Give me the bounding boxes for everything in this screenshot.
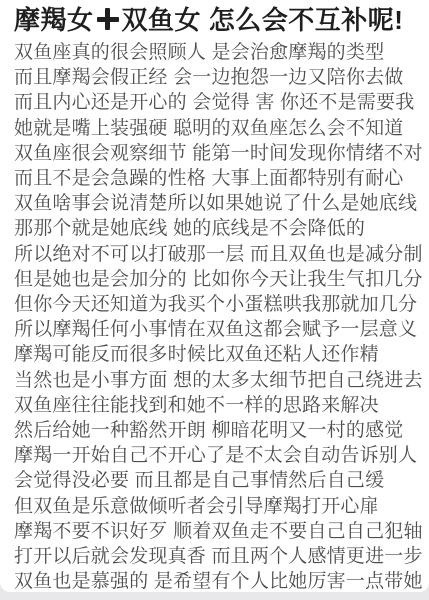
- body-line: 双鱼也是慕强的 是希望有个人比她厉害一点带她: [14, 569, 417, 592]
- body-line: 那那个就是她底线 她的底线是不会降低的: [14, 216, 417, 241]
- post-title-part2: 双鱼女 怎么会不互补呢!: [122, 5, 404, 35]
- post-body: 双鱼座真的很会照顾人 是会治愈摩羯的类型而且摩羯会假正经 会一边抱怨一边又陪你去…: [14, 40, 417, 592]
- post-card: 摩羯女双鱼女 怎么会不互补呢! 双鱼座真的很会照顾人 是会治愈摩羯的类型而且摩羯…: [0, 0, 429, 592]
- plus-icon: [96, 7, 120, 31]
- body-line: 而且内心还是开心的 会觉得 害 你还不是需要我: [14, 90, 417, 115]
- body-line: 然后给她一种豁然开朗 柳暗花明又一村的感觉: [14, 418, 417, 443]
- body-line: 所以摩羯任何小事情在双鱼这都会赋予一层意义: [14, 317, 417, 342]
- body-line: 但双鱼是乐意做倾听者会引导摩羯打开心扉: [14, 494, 417, 519]
- body-line: 但你今天还知道为我买个小蛋糕哄我那就加几分: [14, 292, 417, 317]
- body-line: 双鱼座往往能找到和她不一样的思路来解决: [14, 393, 417, 418]
- body-line: 当然也是小事方面 想的太多太细节把自己绕进去: [14, 368, 417, 393]
- body-line: 双鱼座很会观察细节 能第一时间发现你情绪不对: [14, 141, 417, 166]
- body-line: 而且不是会急躁的性格 大事上面都特别有耐心: [14, 166, 417, 191]
- body-line: 双鱼啥事会说清楚所以如果她说了什么是她底线: [14, 191, 417, 216]
- body-line: 打开以后就会发现真香 而且两个人感情更进一步: [14, 544, 417, 569]
- body-line: 摩羯不要不识好歹 顺着双鱼走不要自己自己犯轴: [14, 519, 417, 544]
- body-line: 所以绝对不可以打破那一层 而且双鱼也是减分制: [14, 242, 417, 267]
- body-line: 她就是嘴上装强硬 聪明的双鱼座怎么会不知道: [14, 116, 417, 141]
- body-line: 双鱼座真的很会照顾人 是会治愈摩羯的类型: [14, 40, 417, 65]
- post-title-part1: 摩羯女: [14, 5, 94, 35]
- post-title: 摩羯女双鱼女 怎么会不互补呢!: [14, 3, 417, 37]
- body-line: 摩羯一开始自己不开心了是不太会自动告诉别人: [14, 443, 417, 468]
- body-line: 但是她也是会加分的 比如你今天让我生气扣几分: [14, 267, 417, 292]
- body-line: 会觉得没必要 而且都是自己事情然后自己缓: [14, 468, 417, 493]
- body-line: 而且摩羯会假正经 会一边抱怨一边又陪你去做: [14, 65, 417, 90]
- body-line: 摩羯可能反而很多时候比双鱼还粘人还作精: [14, 342, 417, 367]
